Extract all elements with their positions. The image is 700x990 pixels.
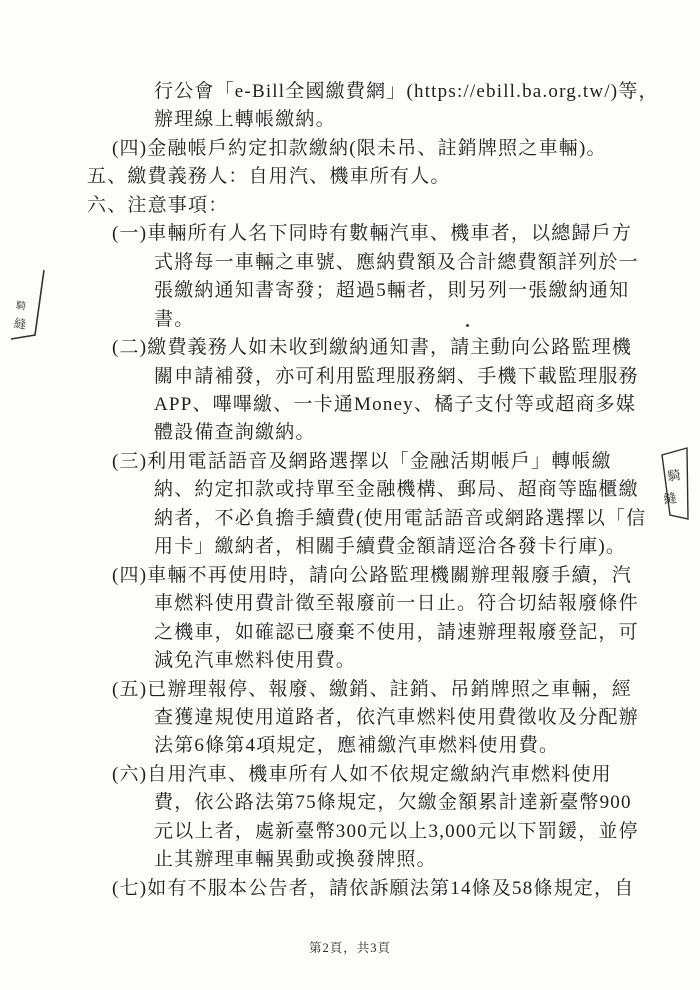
text-line: (四)車輛不再使用時，請向公路監理機關辦理報廢手續，汽 xyxy=(0,562,700,590)
text-line: 止其辦理車輛異動或換發牌照。 xyxy=(0,846,700,874)
text-line: (二)繳費義務人如未收到繳納通知書，請主動向公路監理機 xyxy=(0,334,700,362)
text-line: 六、注意事項： xyxy=(0,192,700,220)
page-number: 第2頁，共3頁 xyxy=(0,938,700,956)
text-line: 費，依公路法第75條規定，欠繳金額累計達新臺幣900 xyxy=(0,789,700,817)
text-line: (五)已辦理報停、報廢、繳銷、註銷、吊銷牌照之車輛，經 xyxy=(0,676,700,704)
text-line: (三)利用電話語音及網路選擇以「金融活期帳戶」轉帳繳 xyxy=(0,448,700,476)
text-line: 車燃料使用費計徵至報廢前一日止。符合切結報廢條件 xyxy=(0,590,700,618)
text-line: (七)如有不服本公告者，請依訴願法第14條及58條規定，自 xyxy=(0,875,700,903)
text-line: 用卡」繳納者，相關手續費金額請逕洽各發卡行庫)。 xyxy=(0,533,700,561)
text-line: 關申請補發，亦可利用監理服務網、手機下載監理服務 xyxy=(0,363,700,391)
text-line: APP、嗶嗶繳、一卡通Money、橘子支付等或超商多媒 xyxy=(0,391,700,419)
text-line: 行公會「e-Bill全國繳費網」(https://ebill.ba.org.tw… xyxy=(0,78,700,106)
text-line: 張繳納通知書寄發；超過5輛者，則另列一張繳納通知 xyxy=(0,277,700,305)
scan-speck xyxy=(466,324,469,327)
scanned-document-page: 行公會「e-Bill全國繳費網」(https://ebill.ba.org.tw… xyxy=(0,0,700,990)
text-line: 元以上者，處新臺幣300元以上3,000元以下罰鍰，並停 xyxy=(0,818,700,846)
text-line: (四)金融帳戶約定扣款繳納(限未吊、註銷牌照之車輛)。 xyxy=(0,135,700,163)
text-line: 法第6條第4項規定，應補繳汽車燃料使用費。 xyxy=(0,732,700,760)
text-line: 納者，不必負擔手續費(使用電話語音或網路選擇以「信 xyxy=(0,505,700,533)
document-body: 行公會「e-Bill全國繳費網」(https://ebill.ba.org.tw… xyxy=(0,78,700,903)
text-line: 查獲違規使用道路者，依汽車燃料使用費徵收及分配辦 xyxy=(0,704,700,732)
text-line: 減免汽車燃料使用費。 xyxy=(0,647,700,675)
text-line: 書。 xyxy=(0,306,700,334)
scan-speck xyxy=(668,499,670,501)
text-line: 體設備查詢繳納。 xyxy=(0,419,700,447)
text-line: (一)車輛所有人名下同時有數輛汽車、機車者，以總歸戶方 xyxy=(0,220,700,248)
text-line: 式將每一車輛之車號、應納費額及合計總費額詳列於一 xyxy=(0,249,700,277)
text-line: 五、繳費義務人：自用汽、機車所有人。 xyxy=(0,163,700,191)
text-line: 辦理線上轉帳繳納。 xyxy=(0,106,700,134)
text-line: 納、約定扣款或持單至金融機構、郵局、超商等臨櫃繳 xyxy=(0,476,700,504)
text-line: 之機車，如確認已廢棄不使用，請速辦理報廢登記，可 xyxy=(0,619,700,647)
text-line: (六)自用汽車、機車所有人如不依規定繳納汽車燃料使用 xyxy=(0,761,700,789)
